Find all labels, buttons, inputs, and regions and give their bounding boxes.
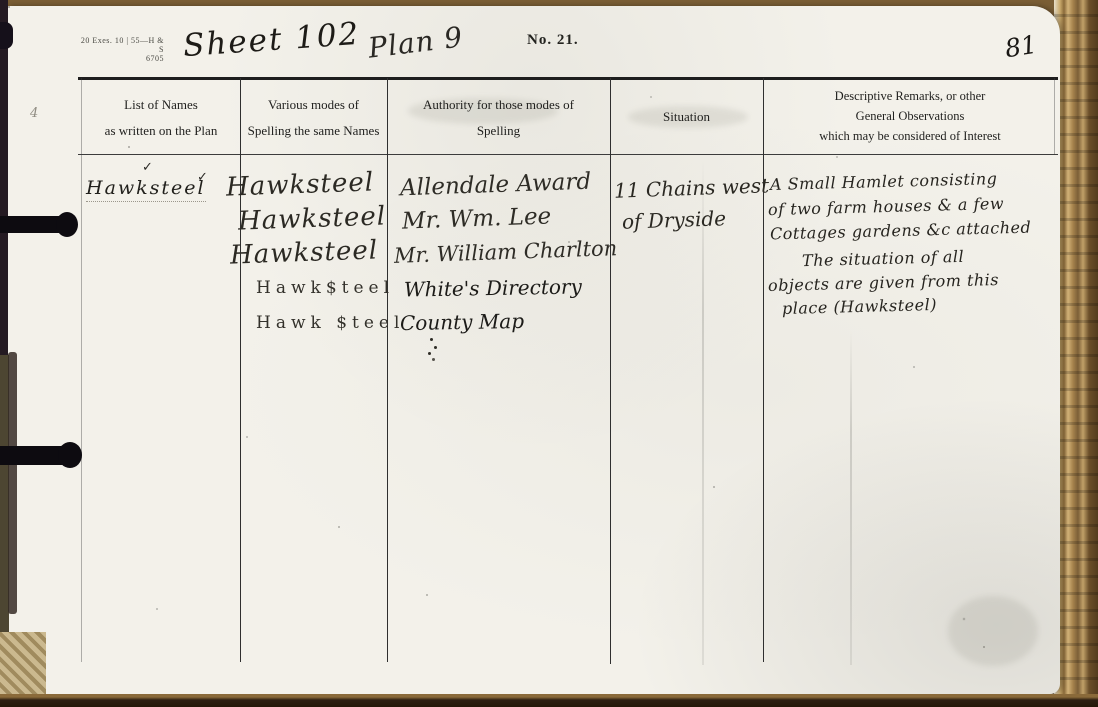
- header-authority: Authority for those modes of Spelling: [387, 92, 610, 144]
- header-line: as written on the Plan: [82, 118, 240, 144]
- plan-name-entry: Hawksteel: [86, 177, 206, 202]
- paper-dust-speckles: [8, 6, 10, 8]
- remarks-line: place (Hawksteel): [782, 295, 937, 318]
- column-divider-4: [763, 78, 764, 662]
- spelling-entry: Hawk $teel: [256, 313, 404, 333]
- binding-lace-top: [0, 216, 72, 233]
- spelling-entry: Hawksteel: [226, 167, 375, 202]
- header-line: Various modes of: [240, 92, 387, 118]
- binding-left-edge-dark: [0, 0, 8, 360]
- column-divider-1: [240, 78, 241, 662]
- table-top-rule: [78, 77, 1058, 80]
- authority-entry: Mr. Wm. Lee: [402, 203, 552, 234]
- stamp-line2: 6705: [146, 54, 164, 63]
- form-number-label: No. 21.: [527, 32, 579, 49]
- header-line: Spelling: [387, 118, 610, 144]
- binding-lace-bottom: [0, 446, 76, 465]
- header-line: List of Names: [82, 92, 240, 118]
- checkmark-after-name: ✓: [197, 170, 208, 185]
- header-line: Situation: [610, 104, 763, 130]
- binding-shadow-band: [8, 352, 17, 614]
- column-divider-2: [387, 78, 388, 662]
- ink-blot-marks: [430, 338, 433, 341]
- table-header-separator: [78, 154, 1058, 155]
- header-line: General Observations: [765, 106, 1055, 126]
- page-number-handwritten: 81: [1003, 30, 1039, 64]
- column-divider-3: [610, 78, 611, 664]
- paper-crease: [850, 330, 852, 665]
- header-situation: Situation: [610, 104, 763, 130]
- spelling-entry: Hawk$teel: [256, 278, 394, 298]
- book-page-edges: [1054, 0, 1098, 707]
- authority-entry: County Map: [400, 309, 524, 335]
- table-left-border: [81, 78, 82, 662]
- header-line: Authority for those modes of: [387, 92, 610, 118]
- header-line: Descriptive Remarks, or other: [765, 86, 1055, 106]
- situation-line: of Dryside: [622, 206, 727, 234]
- header-various-modes: Various modes of Spelling the same Names: [240, 92, 387, 144]
- spelling-entry: Hawksteel: [230, 235, 379, 270]
- stamp-line1: 20 Exes. 10 | 55—H & S: [81, 36, 164, 54]
- header-line: Spelling the same Names: [240, 118, 387, 144]
- header-list-of-names: List of Names as written on the Plan: [82, 92, 240, 144]
- header-line: which may be considered of Interest: [765, 126, 1055, 146]
- header-descriptive-remarks: Descriptive Remarks, or other General Ob…: [765, 86, 1055, 146]
- margin-pencil-mark: 4: [30, 106, 38, 121]
- paper-crease: [702, 160, 704, 665]
- binding-ink-blob: [0, 22, 13, 49]
- scanned-name-book-page: 20 Exes. 10 | 55—H & S 6705 Sheet 102 Pl…: [0, 0, 1098, 707]
- spelling-entry: Hawksteel: [238, 201, 387, 236]
- stain-smudge: [948, 596, 1038, 666]
- book-bottom-edge: [0, 694, 1098, 707]
- checkmark-above-name: ✓: [142, 160, 153, 175]
- authority-entry: White's Directory: [404, 274, 582, 301]
- printer-reference-stamp: 20 Exes. 10 | 55—H & S 6705: [78, 36, 164, 63]
